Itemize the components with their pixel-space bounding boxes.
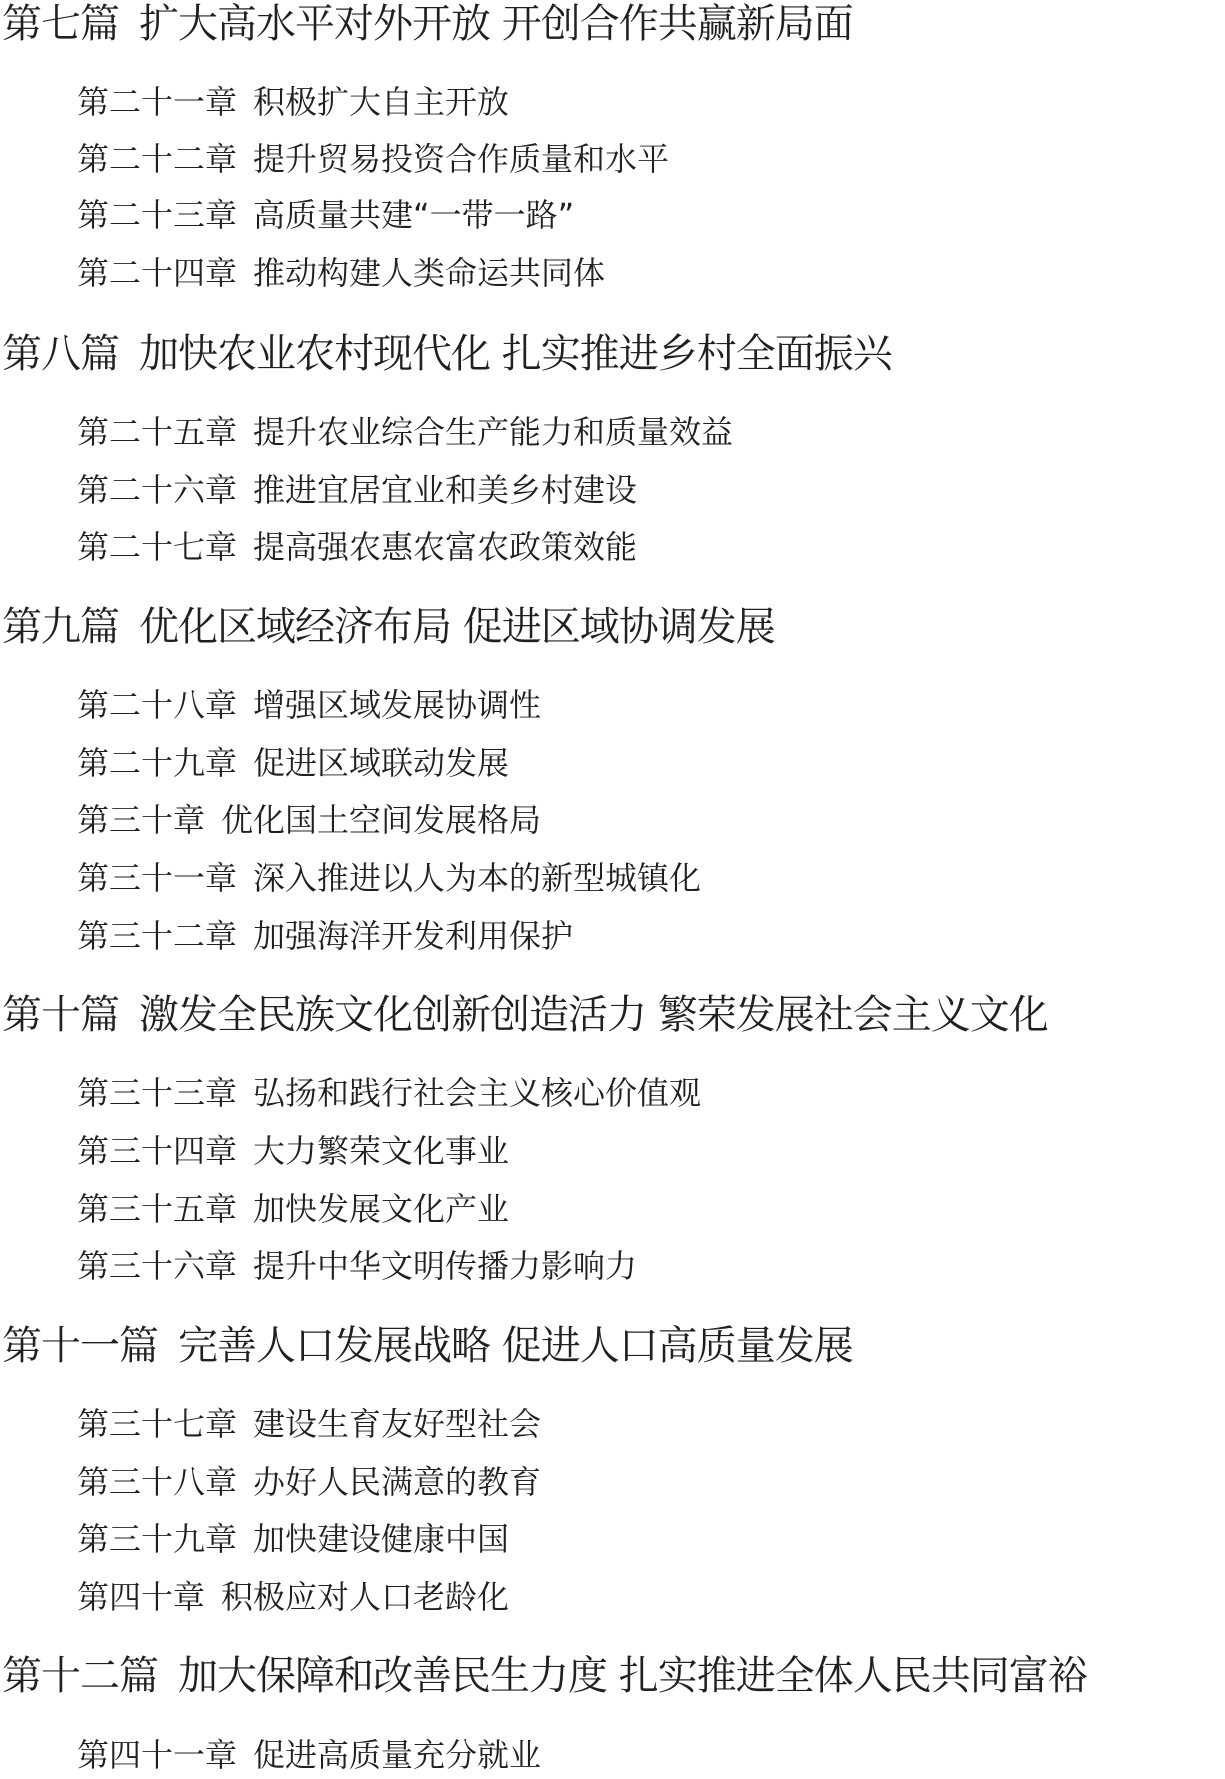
chapter-item: 第三十八章办好人民满意的教育 bbox=[77, 1466, 541, 1498]
chapter-title: 积极扩大自主开放 bbox=[253, 83, 509, 121]
chapter-item: 第三十二章加强海洋开发利用保护 bbox=[77, 920, 573, 952]
part-number: 第十篇 bbox=[2, 992, 119, 1038]
chapter-number: 第三十一章 bbox=[77, 859, 237, 897]
chapter-number: 第三十六章 bbox=[77, 1247, 237, 1285]
part-number: 第十二篇 bbox=[2, 1653, 158, 1699]
chapter-number: 第二十六章 bbox=[77, 471, 237, 509]
chapter-title: 促进高质量充分就业 bbox=[253, 1736, 541, 1774]
chapter-item: 第二十五章提升农业综合生产能力和质量效益 bbox=[77, 416, 733, 448]
chapter-title: 提升中华文明传播力影响力 bbox=[253, 1247, 637, 1285]
chapter-number: 第二十二章 bbox=[77, 140, 237, 178]
chapter-item: 第三十三章弘扬和践行社会主义核心价值观 bbox=[77, 1077, 701, 1109]
chapter-title: 提升贸易投资合作质量和水平 bbox=[253, 140, 669, 178]
chapter-item: 第三十一章深入推进以人为本的新型城镇化 bbox=[77, 862, 701, 894]
chapter-title: 加快建设健康中国 bbox=[253, 1520, 509, 1558]
chapter-number: 第三十二章 bbox=[77, 917, 237, 955]
chapter-number: 第三十七章 bbox=[77, 1405, 237, 1443]
chapter-number: 第四十一章 bbox=[77, 1736, 237, 1774]
chapter-title: 加快发展文化产业 bbox=[253, 1190, 509, 1228]
chapter-number: 第四十章 bbox=[77, 1578, 205, 1616]
chapter-number: 第三十三章 bbox=[77, 1074, 237, 1112]
chapter-item: 第二十四章推动构建人类命运共同体 bbox=[77, 257, 605, 289]
chapter-title: 深入推进以人为本的新型城镇化 bbox=[253, 859, 701, 897]
chapter-title: 大力繁荣文化事业 bbox=[253, 1132, 509, 1170]
part-title: 激发全民族文化创新创造活力 繁荣发展社会主义文化 bbox=[139, 992, 1048, 1038]
chapter-item: 第二十二章提升贸易投资合作质量和水平 bbox=[77, 143, 669, 175]
chapter-number: 第三十四章 bbox=[77, 1132, 237, 1170]
chapter-number: 第三十章 bbox=[77, 801, 205, 839]
chapter-number: 第二十四章 bbox=[77, 254, 237, 292]
chapter-item: 第三十六章提升中华文明传播力影响力 bbox=[77, 1250, 637, 1282]
part-number: 第八篇 bbox=[2, 331, 119, 377]
part-title: 加快农业农村现代化 扎实推进乡村全面振兴 bbox=[139, 331, 892, 377]
chapter-number: 第三十八章 bbox=[77, 1463, 237, 1501]
part-heading: 第十一篇完善人口发展战略 促进人口高质量发展 bbox=[2, 1326, 853, 1366]
part-number: 第七篇 bbox=[2, 1, 119, 47]
chapter-item: 第三十四章大力繁荣文化事业 bbox=[77, 1135, 509, 1167]
chapter-number: 第二十九章 bbox=[77, 744, 237, 782]
part-number: 第十一篇 bbox=[2, 1323, 158, 1369]
chapter-item: 第二十八章增强区域发展协调性 bbox=[77, 689, 541, 721]
chapter-title: 推进宜居宜业和美乡村建设 bbox=[253, 471, 637, 509]
chapter-title: 提高强农惠农富农政策效能 bbox=[253, 528, 637, 566]
chapter-number: 第二十一章 bbox=[77, 83, 237, 121]
chapter-number: 第三十九章 bbox=[77, 1520, 237, 1558]
chapter-title: 加强海洋开发利用保护 bbox=[253, 917, 573, 955]
chapter-item: 第三十九章加快建设健康中国 bbox=[77, 1523, 509, 1555]
chapter-number: 第二十八章 bbox=[77, 686, 237, 724]
chapter-item: 第三十七章建设生育友好型社会 bbox=[77, 1408, 541, 1440]
part-heading: 第八篇加快农业农村现代化 扎实推进乡村全面振兴 bbox=[2, 334, 892, 374]
chapter-number: 第二十七章 bbox=[77, 528, 237, 566]
chapter-number: 第三十五章 bbox=[77, 1190, 237, 1228]
part-number: 第九篇 bbox=[2, 604, 119, 650]
chapter-title: 增强区域发展协调性 bbox=[253, 686, 541, 724]
chapter-item: 第三十五章加快发展文化产业 bbox=[77, 1193, 509, 1225]
chapter-item: 第二十七章提高强农惠农富农政策效能 bbox=[77, 531, 637, 563]
part-title: 完善人口发展战略 促进人口高质量发展 bbox=[178, 1323, 853, 1369]
part-heading: 第十二篇加大保障和改善民生力度 扎实推进全体人民共同富裕 bbox=[2, 1656, 1087, 1696]
chapter-title: 积极应对人口老龄化 bbox=[221, 1578, 509, 1616]
chapter-item: 第三十章优化国土空间发展格局 bbox=[77, 804, 541, 836]
chapter-title: 弘扬和践行社会主义核心价值观 bbox=[253, 1074, 701, 1112]
part-title: 优化区域经济布局 促进区域协调发展 bbox=[139, 604, 775, 650]
chapter-item: 第二十一章积极扩大自主开放 bbox=[77, 86, 509, 118]
chapter-title: 提升农业综合生产能力和质量效益 bbox=[253, 413, 733, 451]
chapter-title: 优化国土空间发展格局 bbox=[221, 801, 541, 839]
chapter-number: 第二十三章 bbox=[77, 196, 237, 234]
part-title: 扩大高水平对外开放 开创合作共赢新局面 bbox=[139, 1, 853, 47]
chapter-item: 第四十一章促进高质量充分就业 bbox=[77, 1739, 541, 1771]
chapter-item: 第二十九章促进区域联动发展 bbox=[77, 747, 509, 779]
chapter-title: 建设生育友好型社会 bbox=[253, 1405, 541, 1443]
chapter-title: 推动构建人类命运共同体 bbox=[253, 254, 605, 292]
chapter-item: 第二十三章高质量共建“一带一路” bbox=[77, 199, 574, 231]
chapter-number: 第二十五章 bbox=[77, 413, 237, 451]
chapter-title: 办好人民满意的教育 bbox=[253, 1463, 541, 1501]
part-heading: 第九篇优化区域经济布局 促进区域协调发展 bbox=[2, 607, 775, 647]
part-title: 加大保障和改善民生力度 扎实推进全体人民共同富裕 bbox=[178, 1653, 1087, 1699]
part-heading: 第七篇扩大高水平对外开放 开创合作共赢新局面 bbox=[2, 4, 853, 44]
chapter-item: 第二十六章推进宜居宜业和美乡村建设 bbox=[77, 474, 637, 506]
part-heading: 第十篇激发全民族文化创新创造活力 繁荣发展社会主义文化 bbox=[2, 995, 1048, 1035]
chapter-title: 高质量共建“一带一路” bbox=[253, 196, 574, 234]
chapter-title: 促进区域联动发展 bbox=[253, 744, 509, 782]
chapter-item: 第四十章积极应对人口老龄化 bbox=[77, 1581, 509, 1613]
